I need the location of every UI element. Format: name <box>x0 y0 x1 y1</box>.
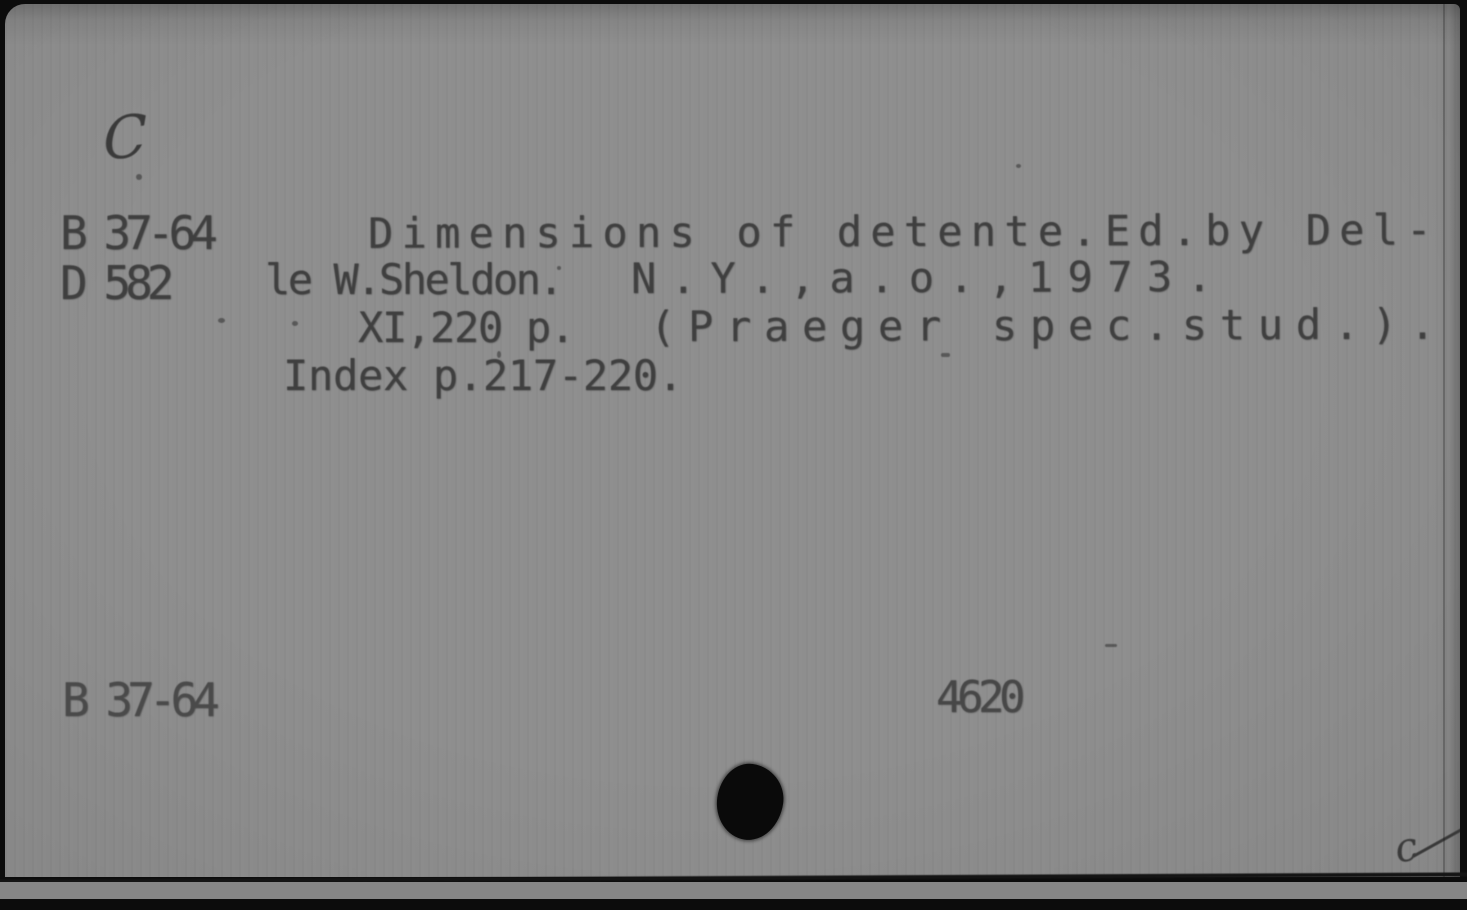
entry-title-line: Dimensions of detente.Ed.by Del- <box>368 209 1440 255</box>
footer-call-number: B 37-64 <box>62 677 214 723</box>
hole-punch-mark <box>712 760 788 844</box>
entry-imprint: N.Y.,a.o.,1973. <box>631 256 1226 300</box>
handwritten-letter-c-bottom: c <box>1392 826 1421 869</box>
card-right-edge-line <box>1443 4 1445 877</box>
entry-editor: le W.Sheldon. <box>265 259 561 301</box>
scan-speck <box>1016 164 1021 168</box>
scan-speck <box>497 351 501 358</box>
scan-speck <box>292 321 298 326</box>
call-number-line1: B 37-64 <box>60 210 212 256</box>
entry-index-note: Index p.217-220. <box>283 355 683 397</box>
catalog-card: C B 37-64 D 582 Dimensions of detente.Ed… <box>5 4 1460 877</box>
scanned-catalog-card-page: { "document_type": "library catalog card… <box>0 0 1467 910</box>
scan-speck <box>1105 644 1117 647</box>
card-below-strip <box>0 882 1467 899</box>
call-number-line2: D 582 <box>60 260 168 306</box>
scan-speck <box>218 318 225 323</box>
scan-speck <box>941 353 950 357</box>
scan-speck <box>136 174 142 180</box>
handwritten-letter-c-top: C <box>103 105 148 169</box>
pen-flourish-tail <box>1412 825 1460 858</box>
scan-speck <box>557 266 561 270</box>
entry-series: (Praeger spec.stud.). <box>650 304 1448 349</box>
accession-number-stamp: 4620 <box>936 676 1020 720</box>
entry-pagination: XI,220 p. <box>358 307 574 349</box>
